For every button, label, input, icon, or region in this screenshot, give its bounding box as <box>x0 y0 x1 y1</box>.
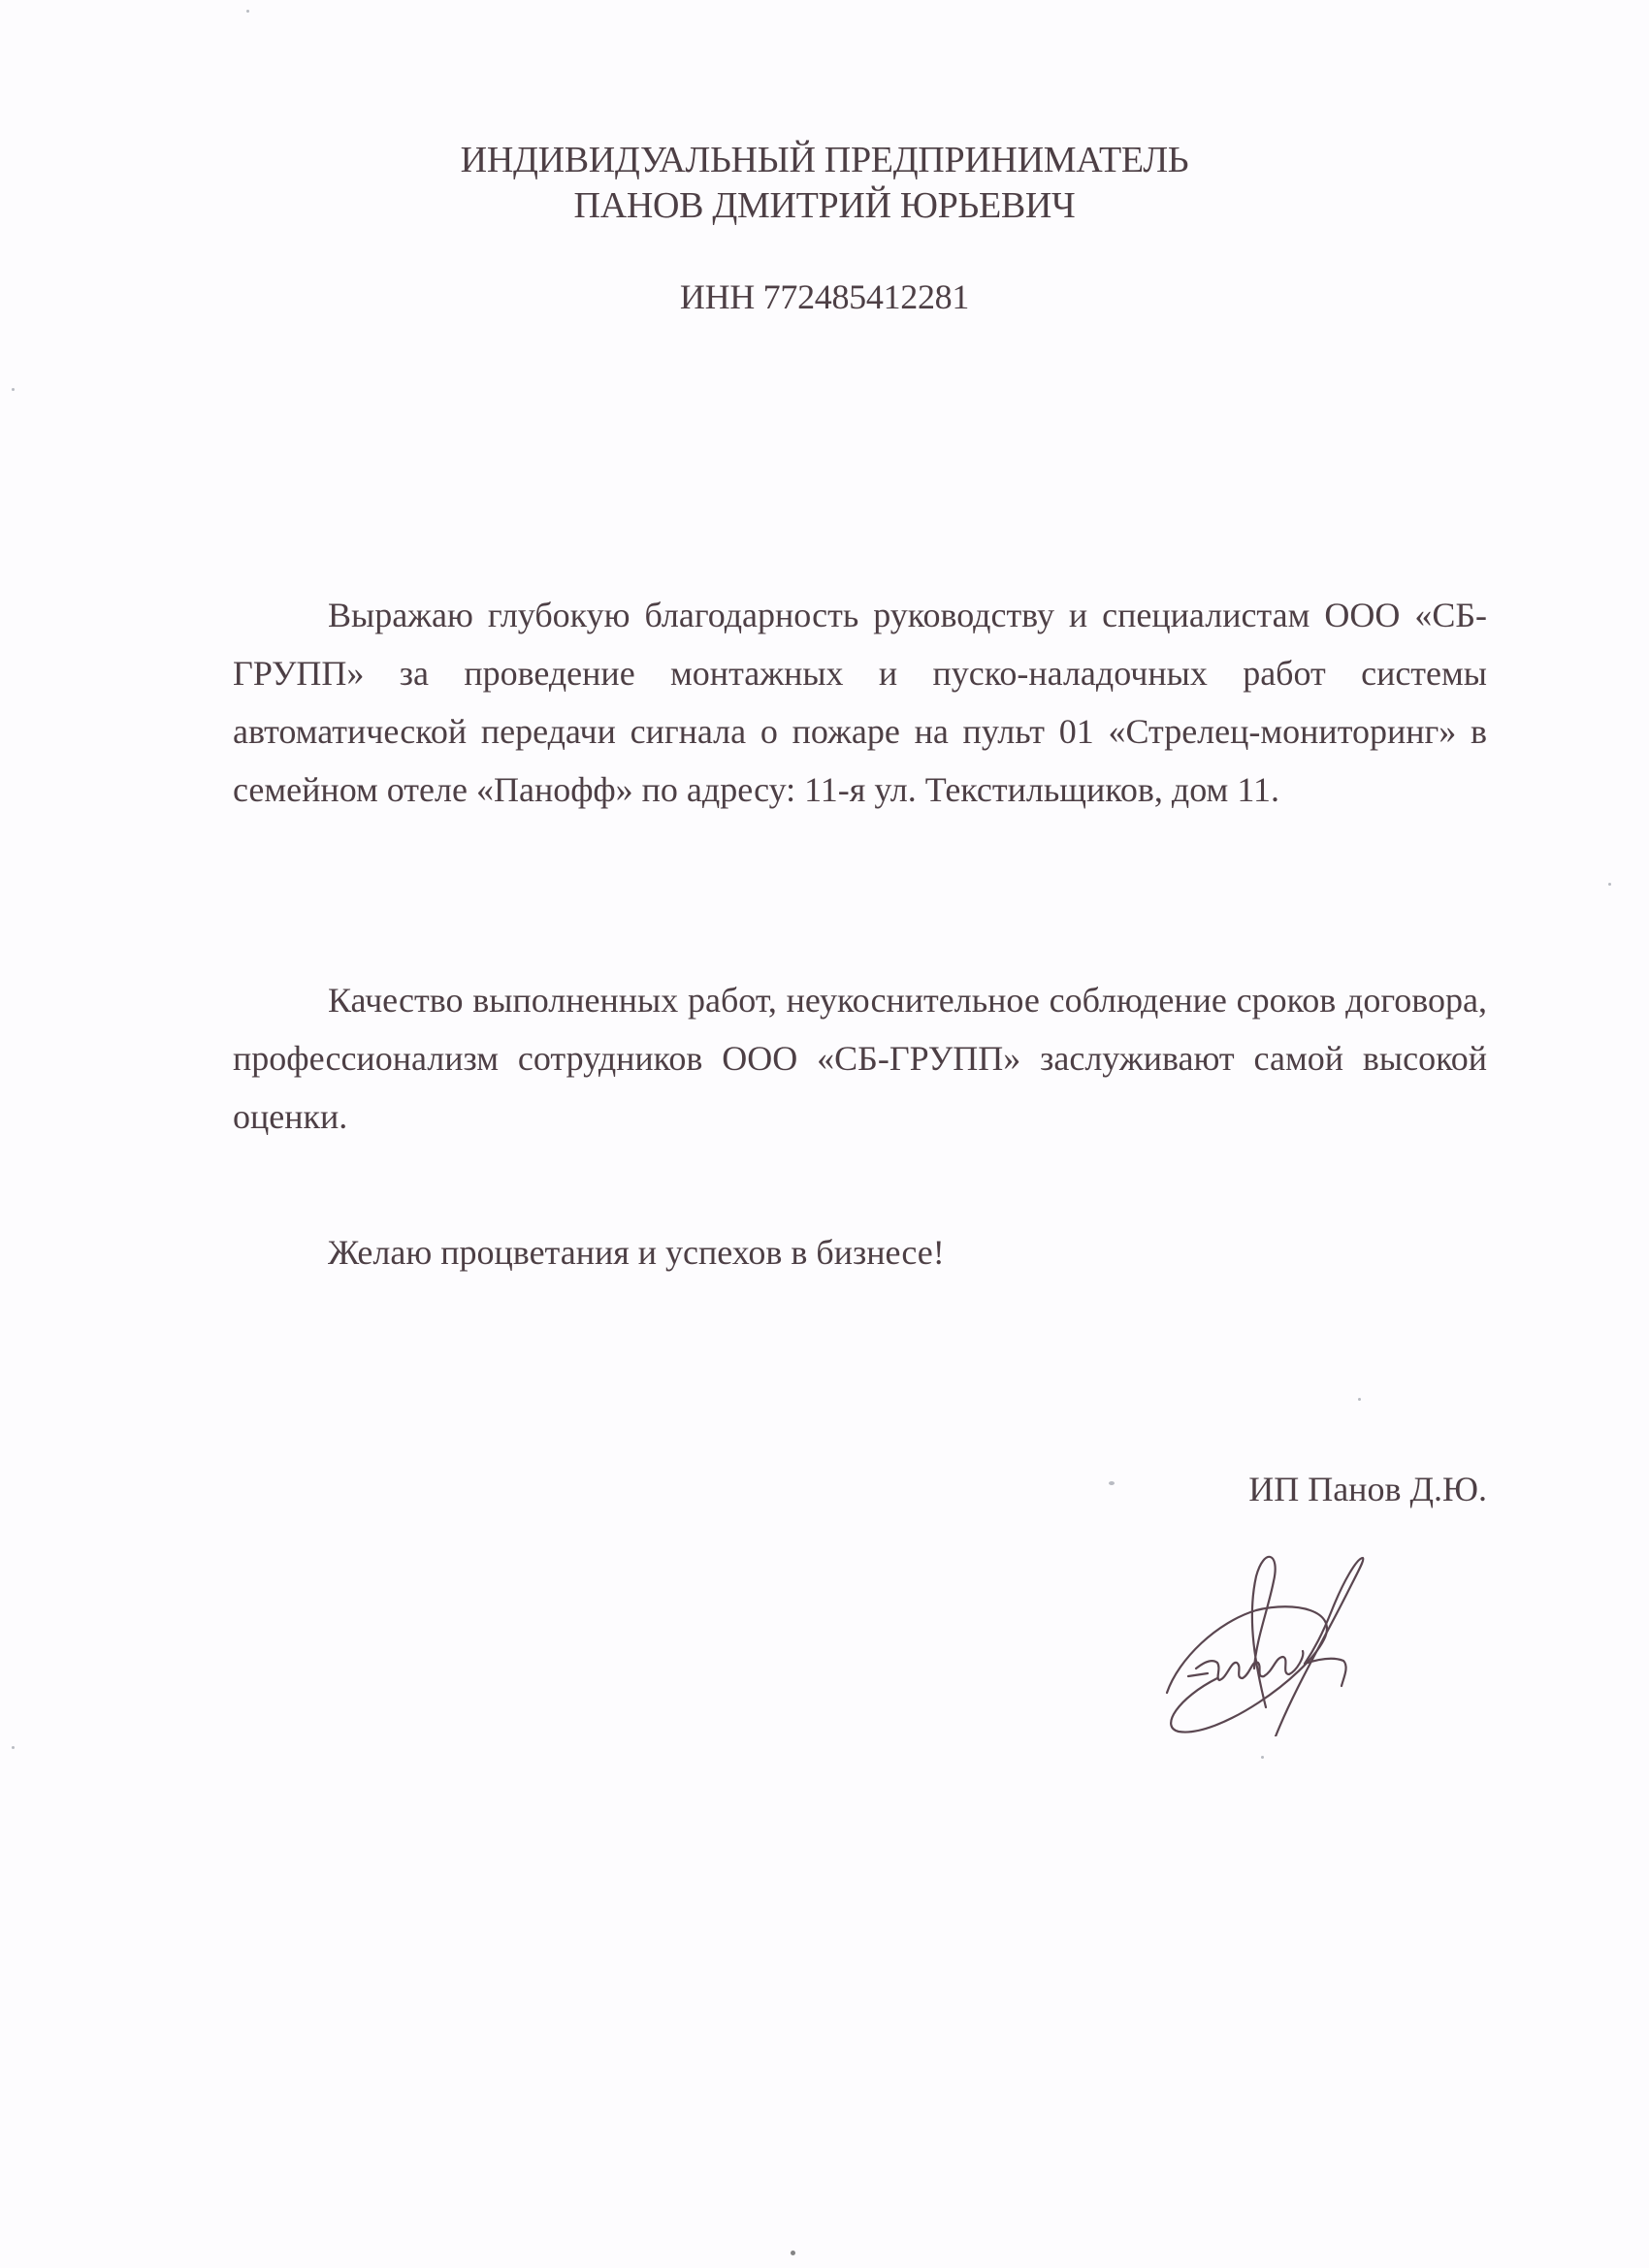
scan-speck <box>791 2251 795 2255</box>
scan-speck <box>12 388 15 391</box>
scan-speck <box>246 10 249 13</box>
paragraph-gratitude: Выражаю глубокую благодарность руководст… <box>233 586 1487 819</box>
scan-speck <box>1358 1398 1361 1401</box>
header-name: ПАНОВ ДМИТРИЙ ЮРЬЕВИЧ <box>0 183 1649 228</box>
paragraph-quality: Качество выполненных работ, неукоснитель… <box>233 971 1487 1146</box>
header-title: ИНДИВИДУАЛЬНЫЙ ПРЕДПРИНИМАТЕЛЬ <box>0 138 1649 182</box>
scan-speck <box>12 1746 15 1749</box>
signatory-name: ИП Панов Д.Ю. <box>1248 1467 1487 1511</box>
scan-speck <box>1261 1756 1264 1759</box>
signature-icon <box>1159 1533 1392 1736</box>
letter-page: ИНДИВИДУАЛЬНЫЙ ПРЕДПРИНИМАТЕЛЬ ПАНОВ ДМИ… <box>0 0 1649 2268</box>
paragraph-wishes: Желаю процветания и успехов в бизнесе! <box>233 1223 1487 1281</box>
scan-speck <box>1109 1481 1115 1485</box>
header-inn: ИНН 772485412281 <box>0 275 1649 319</box>
scan-speck <box>1608 883 1611 886</box>
